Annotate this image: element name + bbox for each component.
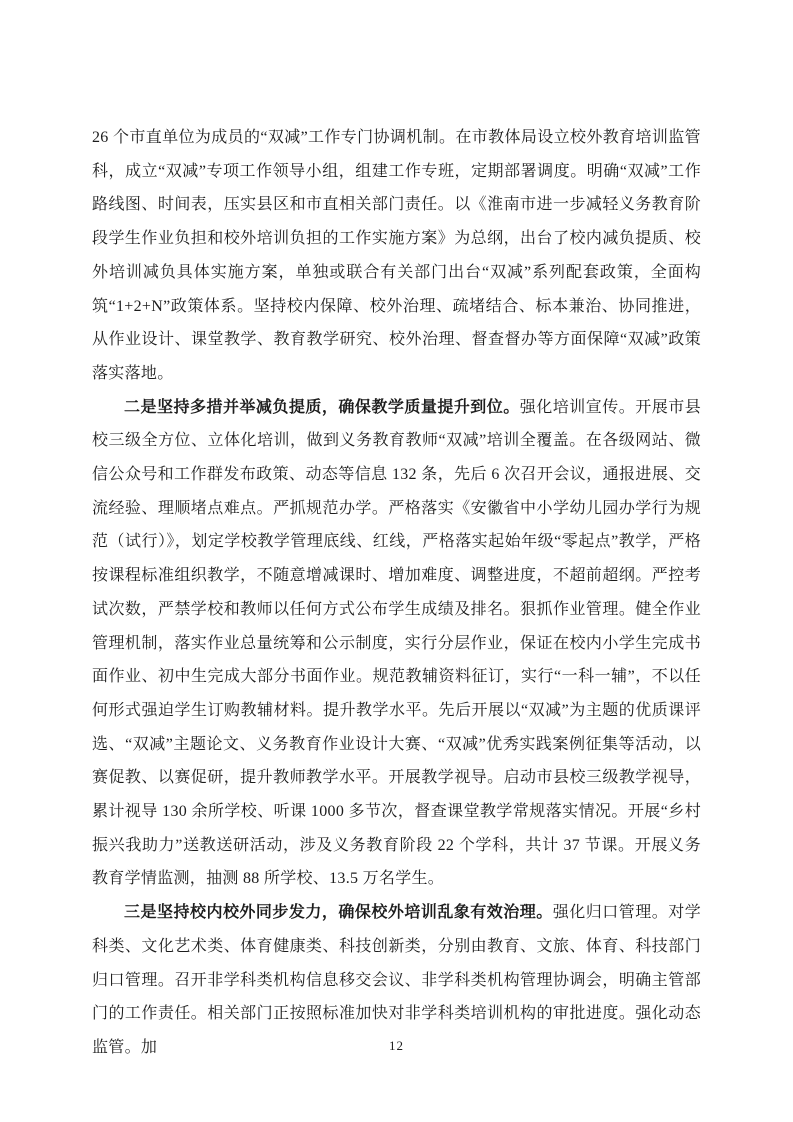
document-page: 26 个市直单位为成员的“双减”工作专门协调机制。在市教体局设立校外教育培训监管… xyxy=(0,0,793,1122)
paragraph-bold-lead: 三是坚持校内校外同步发力，确保校外培训乱象有效治理。 xyxy=(124,904,553,921)
paragraph-text: 强化培训宣传。开展市县校三级全方位、立体化培训，做到义务教育教师“双减”培训全覆… xyxy=(92,399,701,888)
page-number: 12 xyxy=(0,1038,793,1054)
paragraph-text: 强化归口管理。对学科类、文化艺术类、体育健康类、科技创新类，分别由教育、文旅、体… xyxy=(92,904,701,1056)
page-body: 26 个市直单位为成员的“双减”工作专门协调机制。在市教体局设立校外教育培训监管… xyxy=(92,121,701,1065)
paragraph-bold-lead: 二是坚持多措并举减负提质，确保教学质量提升到位。 xyxy=(124,399,520,416)
paragraph-point-two: 二是坚持多措并举减负提质，确保教学质量提升到位。强化培训宣传。开展市县校三级全方… xyxy=(92,391,701,897)
paragraph-text: 26 个市直单位为成员的“双减”工作专门协调机制。在市教体局设立校外教育培训监管… xyxy=(92,129,701,382)
paragraph-continuation: 26 个市直单位为成员的“双减”工作专门协调机制。在市教体局设立校外教育培训监管… xyxy=(92,121,701,391)
